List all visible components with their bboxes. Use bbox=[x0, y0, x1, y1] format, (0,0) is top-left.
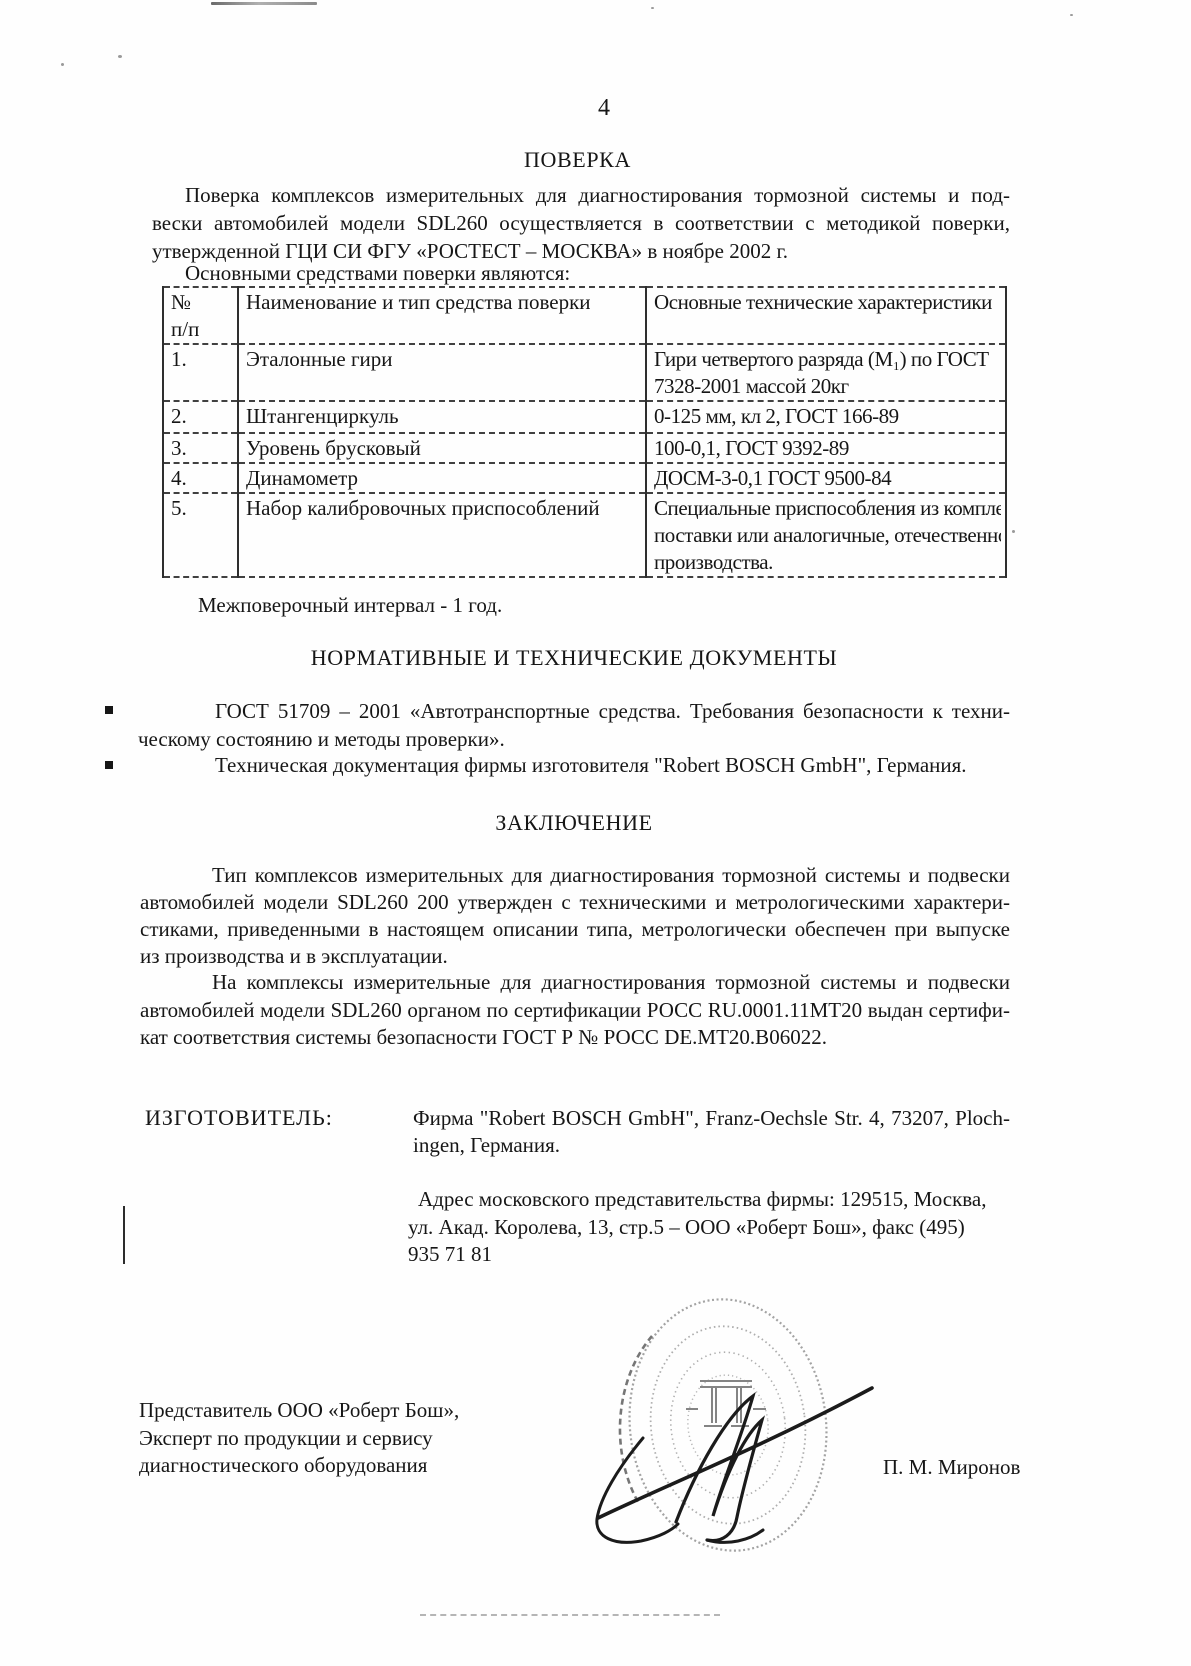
paragraph-line: На комплексы измерительные для диагности… bbox=[140, 969, 1010, 997]
verification-means-table: № п/п Наименование и тип средства поверк… bbox=[162, 286, 1007, 578]
stamp-and-signature bbox=[555, 1265, 975, 1585]
document-line: ГОСТ 51709 – 2001 «Автотранспортные сред… bbox=[138, 698, 1010, 726]
paragraph-line: кат соответствия системы безопасности ГО… bbox=[140, 1024, 1010, 1052]
cell-text: Специальные приспособления из комплекта bbox=[654, 495, 1001, 522]
signature-icon bbox=[597, 1388, 872, 1542]
scan-speck bbox=[118, 55, 122, 58]
cell-text: 5. bbox=[171, 495, 233, 522]
stamp-center-glyph bbox=[686, 1381, 766, 1426]
cell-text: Динамометр bbox=[246, 465, 641, 492]
document-line: ческому состоянию и методы проверки». bbox=[138, 726, 1010, 754]
section-title-poverka: ПОВЕРКА bbox=[145, 147, 1010, 173]
cell-text: 0-125 мм, кл 2, ГОСТ 166-89 bbox=[654, 403, 1001, 430]
header-text: Основные технические характеристики bbox=[654, 289, 1001, 316]
header-text: Наименование и тип средства поверки bbox=[246, 289, 641, 316]
section-title-conclusion: ЗАКЛЮЧЕНИЕ bbox=[138, 810, 1010, 836]
header-cell-num: № п/п bbox=[163, 287, 238, 344]
cell-text: Гири четвертого разряда (М₁) по ГОСТ bbox=[654, 346, 1001, 373]
cell-text: 100-0,1, ГОСТ 9392-89 bbox=[654, 435, 1001, 462]
cell-num: 1. bbox=[163, 344, 238, 401]
cell-num: 3. bbox=[163, 433, 238, 463]
paragraph-line: вески автомобилей модели SDL260 осуществ… bbox=[152, 209, 1010, 237]
manufacturer-label: ИЗГОТОВИТЕЛЬ: bbox=[145, 1105, 333, 1131]
address-line: ул. Акад. Королева, 13, стр.5 – ООО «Роб… bbox=[408, 1214, 1000, 1242]
scan-line-left bbox=[123, 1206, 125, 1264]
document-line: Техническая документация фирмы изготовит… bbox=[138, 753, 1010, 778]
cell-text: 2. bbox=[171, 403, 233, 430]
document-page: { "page": { "number": "4" }, "poverka": … bbox=[0, 0, 1191, 1666]
cell-text: поставки или аналогичные, отечественного bbox=[654, 522, 1001, 549]
table-header-row: № п/п Наименование и тип средства поверк… bbox=[163, 287, 1006, 344]
conclusion-paragraph-1: Тип комплексов измерительных для диагнос… bbox=[140, 862, 1010, 970]
cell-num: 2. bbox=[163, 401, 238, 433]
interval-note: Межповерочный интервал - 1 год. bbox=[198, 593, 502, 618]
signoff-role: Представитель ООО «Роберт Бош», Эксперт … bbox=[139, 1397, 559, 1480]
header-cell-chars: Основные технические характеристики bbox=[646, 287, 1006, 344]
scan-speck bbox=[61, 63, 64, 66]
cell-name: Эталонные гири bbox=[238, 344, 646, 401]
page-number: 4 bbox=[590, 95, 618, 122]
cell-chars: Специальные приспособления из комплекта … bbox=[646, 493, 1006, 577]
paragraph-line: автомобилей модели SDL260 органом по сер… bbox=[140, 997, 1010, 1025]
role-line: Представитель ООО «Роберт Бош», bbox=[139, 1397, 559, 1425]
header-text: № bbox=[171, 289, 233, 316]
cell-text: Набор калибровочных приспособлений bbox=[246, 495, 641, 522]
firm-line: ingen, Германия. bbox=[413, 1132, 1010, 1159]
manufacturer-firm: Фирма "Robert BOSCH GmbH", Franz-Oechsle… bbox=[413, 1105, 1010, 1159]
paragraph-line: из производства и в эксплуатации. bbox=[140, 943, 1010, 970]
table-lead-line: Основными средствами поверки являются: bbox=[185, 261, 570, 286]
poverka-paragraph: Поверка комплексов измерительных для диа… bbox=[152, 181, 1010, 265]
cell-text: 4. bbox=[171, 465, 233, 492]
cell-text: 7328-2001 массой 20кг bbox=[654, 373, 1001, 400]
scan-speck bbox=[1012, 530, 1015, 533]
scan-speck bbox=[1070, 14, 1073, 16]
role-line: Эксперт по продукции и сервису bbox=[139, 1425, 559, 1453]
paragraph-line: стиками, приведенными в настоящем описан… bbox=[140, 916, 1010, 943]
documents-item-1: ГОСТ 51709 – 2001 «Автотранспортные сред… bbox=[138, 698, 1010, 753]
cell-name: Набор калибровочных приспособлений bbox=[238, 493, 646, 577]
cell-chars: ДОСМ-3-0,1 ГОСТ 9500-84 bbox=[646, 463, 1006, 493]
table-row: 4. Динамометр ДОСМ-3-0,1 ГОСТ 9500-84 bbox=[163, 463, 1006, 493]
paragraph-line: Тип комплексов измерительных для диагнос… bbox=[140, 862, 1010, 889]
header-text: п/п bbox=[171, 316, 233, 343]
cell-text: Штангенциркуль bbox=[246, 403, 641, 430]
header-cell-name: Наименование и тип средства поверки bbox=[238, 287, 646, 344]
firm-line: Фирма "Robert BOSCH GmbH", Franz-Oechsle… bbox=[413, 1105, 1010, 1132]
cell-name: Уровень брусковый bbox=[238, 433, 646, 463]
table-row: 3. Уровень брусковый 100-0,1, ГОСТ 9392-… bbox=[163, 433, 1006, 463]
documents-item-2: Техническая документация фирмы изготовит… bbox=[138, 753, 1010, 778]
section-title-documents: НОРМАТИВНЫЕ И ТЕХНИЧЕСКИЕ ДОКУМЕНТЫ bbox=[138, 645, 1010, 671]
scan-line-top bbox=[211, 2, 317, 5]
cell-chars: 0-125 мм, кл 2, ГОСТ 166-89 bbox=[646, 401, 1006, 433]
cell-text: Уровень брусковый bbox=[246, 435, 641, 462]
cell-num: 4. bbox=[163, 463, 238, 493]
cell-name: Динамометр bbox=[238, 463, 646, 493]
cell-text: 1. bbox=[171, 346, 233, 373]
cell-text: Эталонные гири bbox=[246, 346, 641, 373]
table-row: 5. Набор калибровочных приспособлений Сп… bbox=[163, 493, 1006, 577]
cell-num: 5. bbox=[163, 493, 238, 577]
bullet-square-icon bbox=[105, 761, 113, 769]
scan-speck bbox=[651, 7, 654, 9]
bullet-square-icon bbox=[105, 706, 113, 714]
paragraph-line: Поверка комплексов измерительных для диа… bbox=[152, 181, 1010, 209]
address-line: Адрес московского представительства фирм… bbox=[408, 1186, 1000, 1214]
cell-name: Штангенциркуль bbox=[238, 401, 646, 433]
manufacturer-address: Адрес московского представительства фирм… bbox=[408, 1186, 1000, 1269]
paragraph-line: автомобилей модели SDL260 200 утвержден … bbox=[140, 889, 1010, 916]
cell-chars: Гири четвертого разряда (М₁) по ГОСТ 732… bbox=[646, 344, 1006, 401]
table-row: 1. Эталонные гири Гири четвертого разряд… bbox=[163, 344, 1006, 401]
cell-text: 3. bbox=[171, 435, 233, 462]
role-line: диагностического оборудования bbox=[139, 1452, 559, 1480]
cell-chars: 100-0,1, ГОСТ 9392-89 bbox=[646, 433, 1006, 463]
table-row: 2. Штангенциркуль 0-125 мм, кл 2, ГОСТ 1… bbox=[163, 401, 1006, 433]
conclusion-paragraph-2: На комплексы измерительные для диагности… bbox=[140, 969, 1010, 1052]
cell-text: ДОСМ-3-0,1 ГОСТ 9500-84 bbox=[654, 465, 1001, 492]
scan-line-bottom bbox=[420, 1614, 720, 1616]
cell-text: производства. bbox=[654, 549, 1001, 576]
